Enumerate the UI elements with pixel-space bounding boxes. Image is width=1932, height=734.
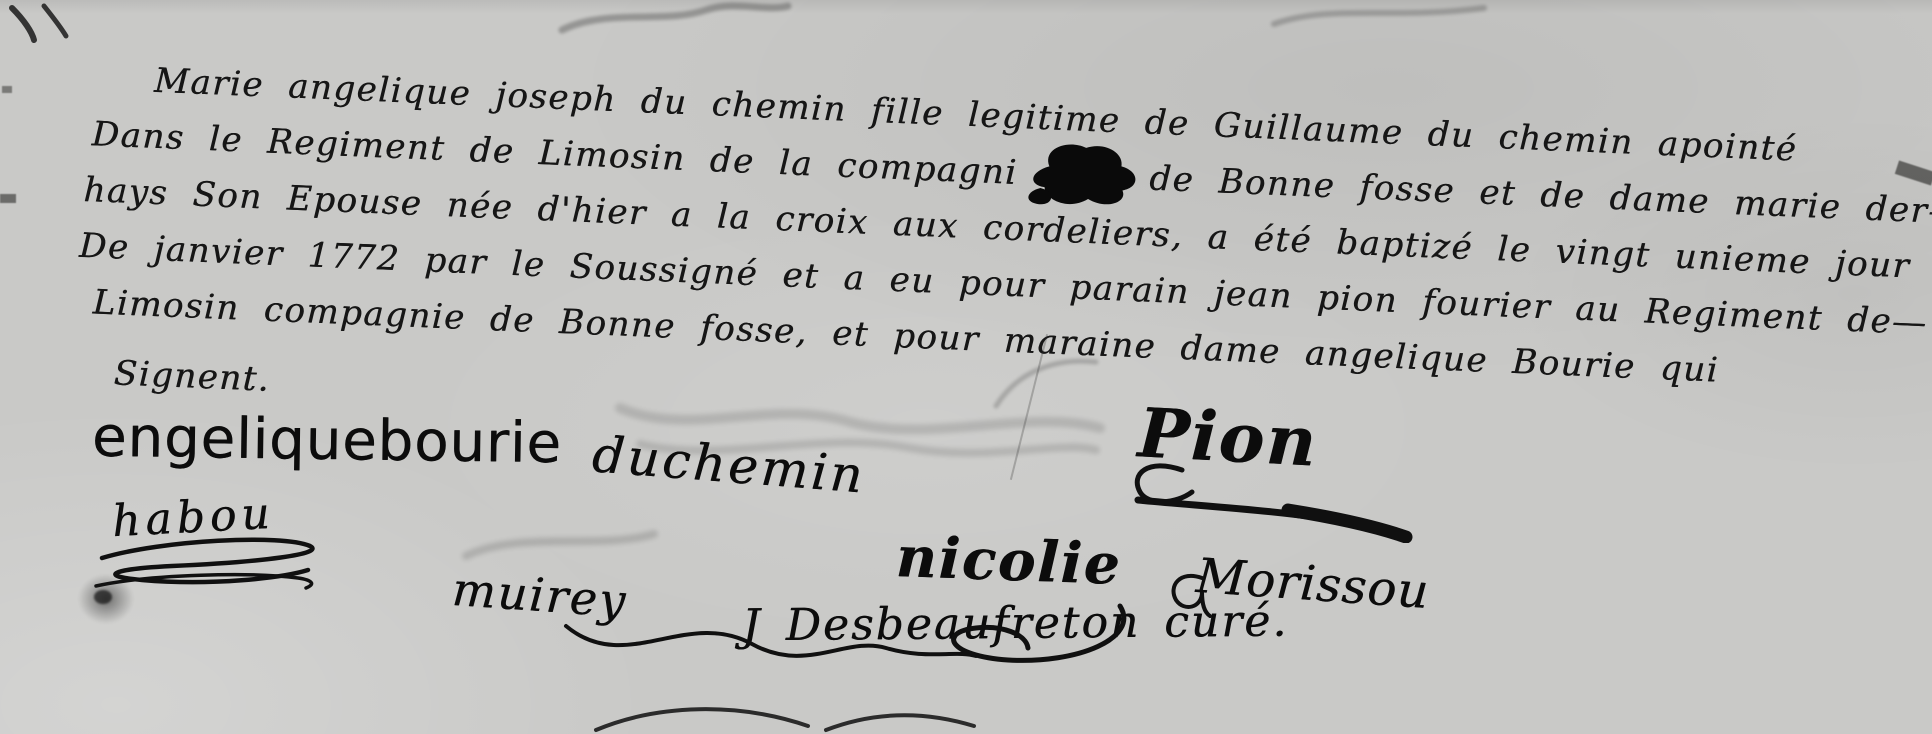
- top-left-edge-marks: [4, 2, 74, 48]
- signature-cure-desbeaufreton: J Desbeaufreton curé.: [742, 596, 1289, 652]
- left-edge-mark-2: [2, 86, 12, 93]
- bottom-edge-flourish-tips: [588, 700, 988, 734]
- manuscript-page: Marie angelique joseph du chemin fille l…: [0, 0, 1932, 734]
- signature-nicolie: nicolie: [895, 524, 1123, 598]
- stain-bottom-left-dot: [94, 590, 112, 604]
- signature-muirey: muirey: [450, 562, 628, 628]
- signature-habou: habou: [111, 488, 276, 547]
- left-edge-mark-1: [0, 194, 16, 203]
- signature-duchemin: duchemin: [590, 425, 867, 504]
- signature-angelique-bourie: engeliquebourie: [92, 405, 563, 477]
- bleed-through-smudge-top-right: [1270, 0, 1490, 38]
- signature-pion: Pion: [1136, 393, 1320, 482]
- bleed-through-smudge-top-center: [556, 0, 796, 42]
